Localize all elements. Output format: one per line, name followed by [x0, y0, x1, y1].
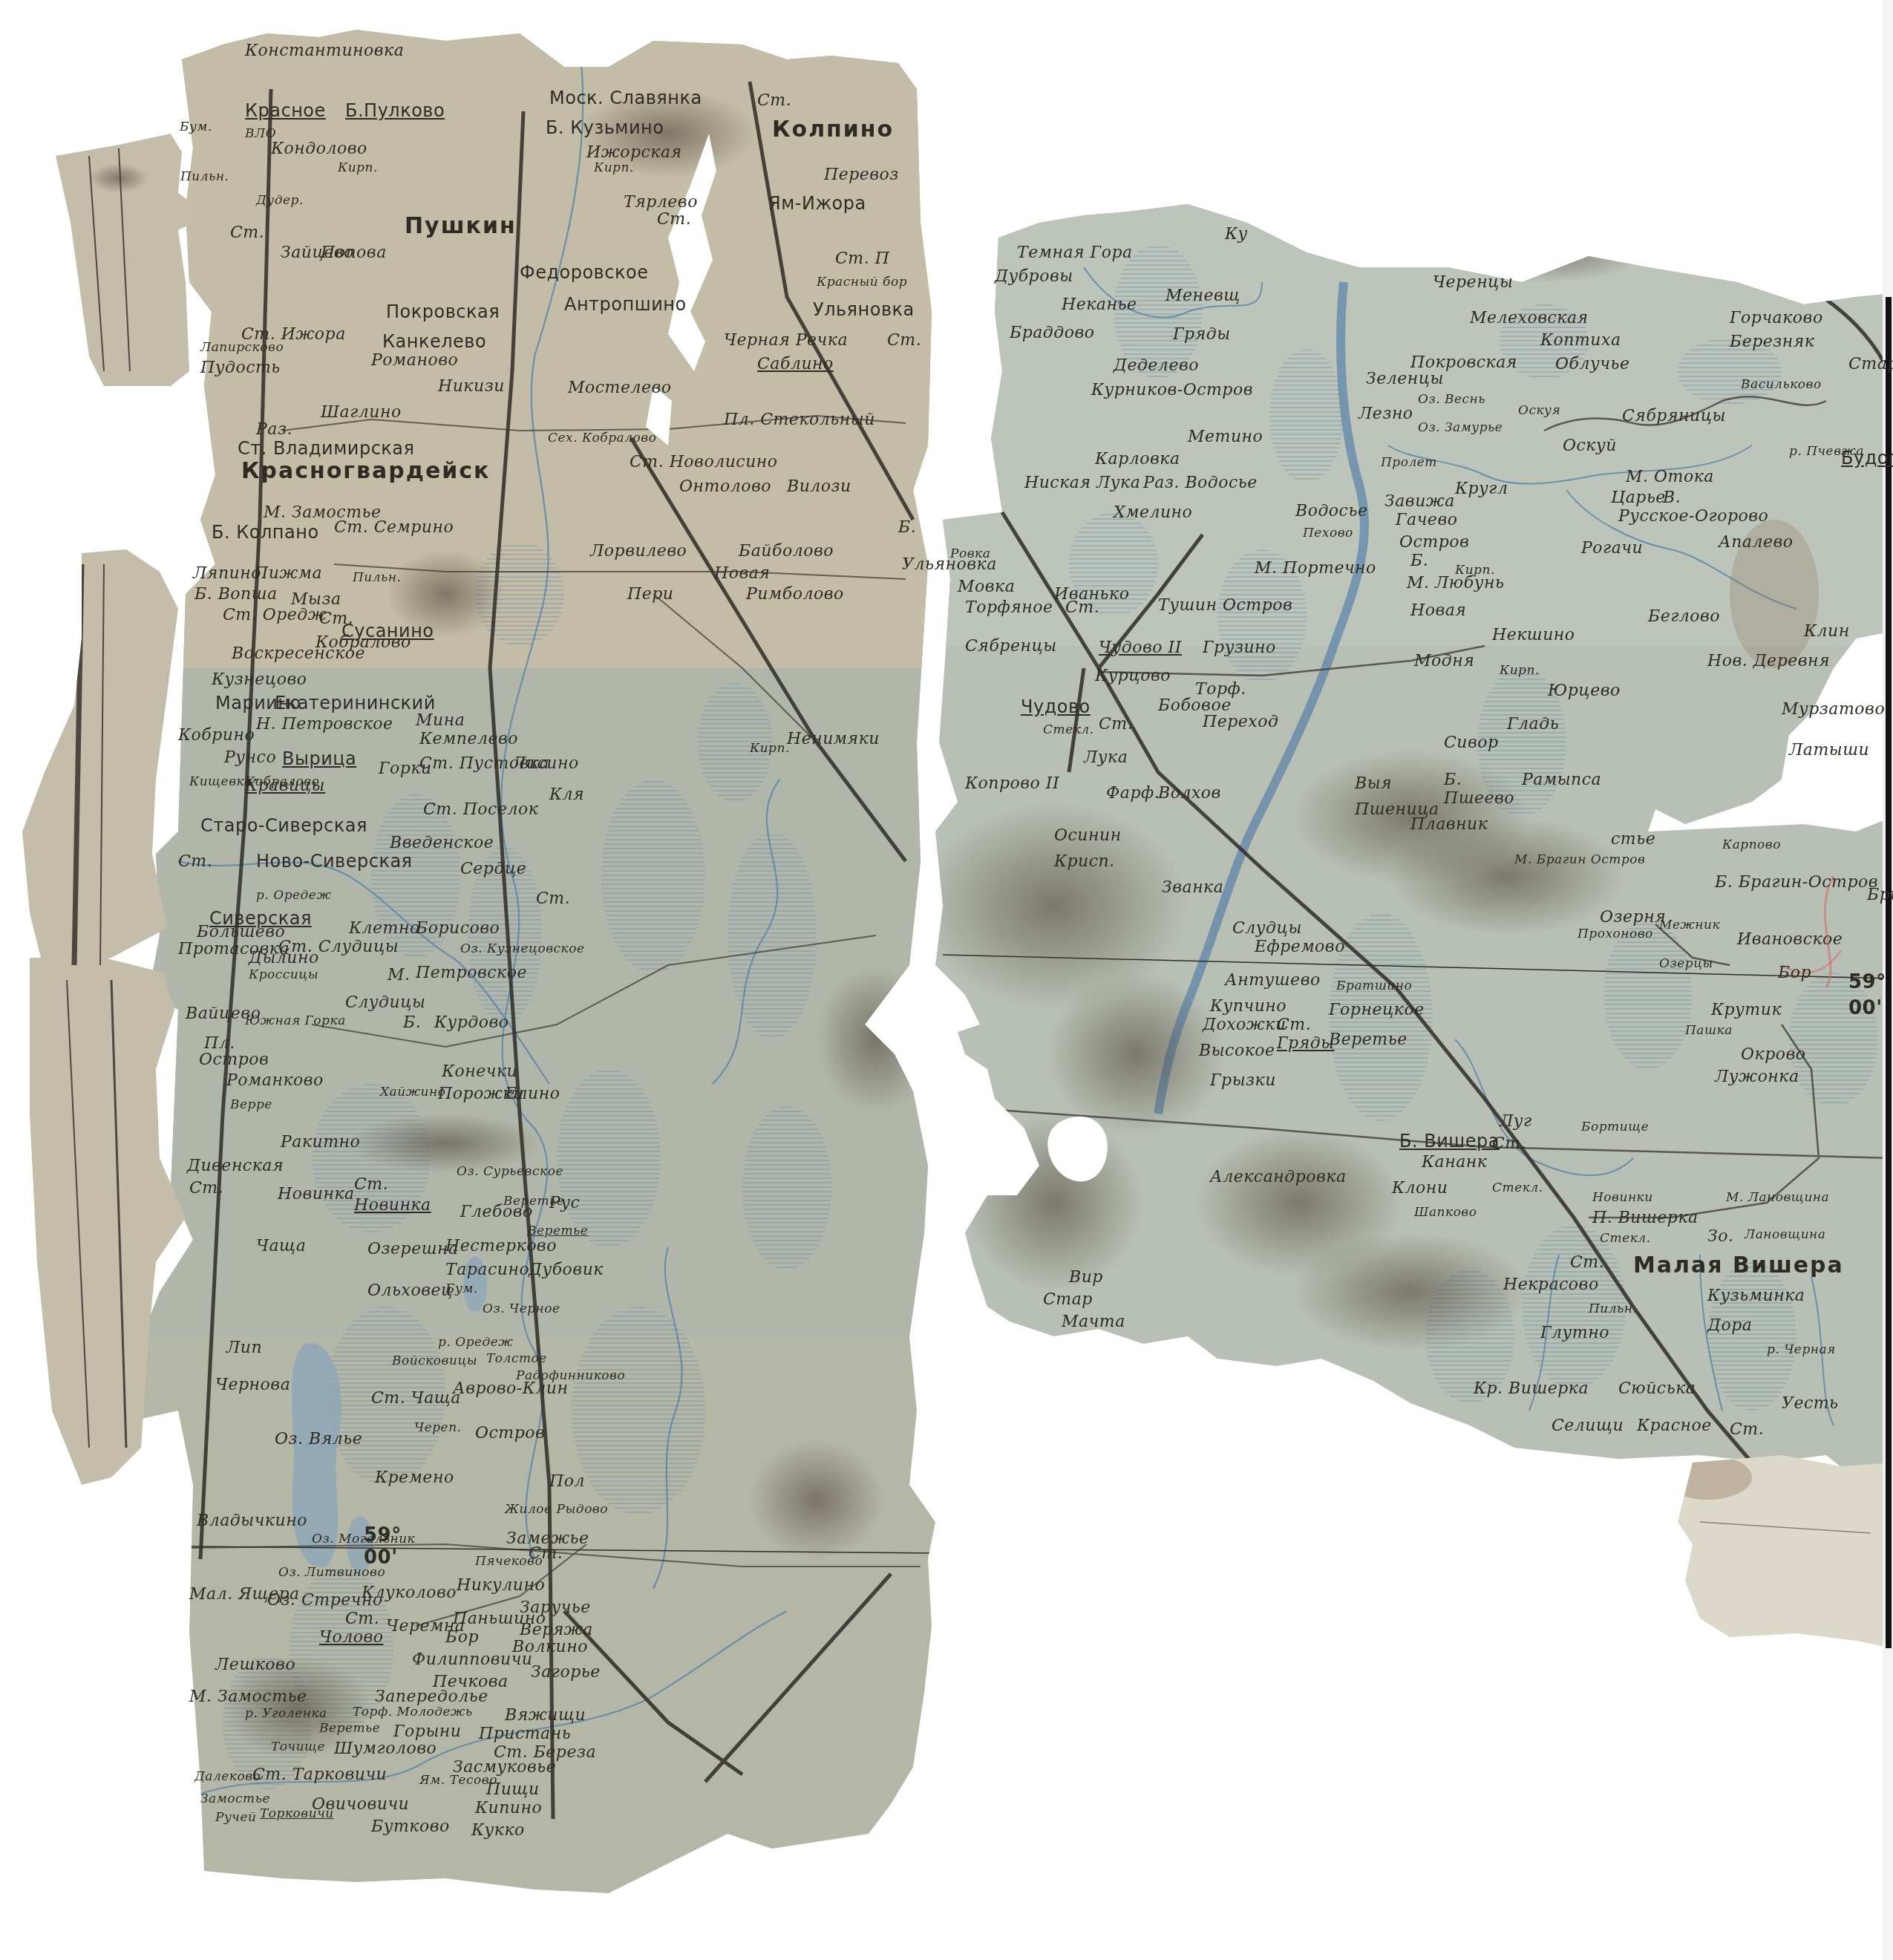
place-label: Вир — [1069, 1270, 1103, 1286]
place-label: Ст. — [230, 225, 264, 241]
blank-paper-flap — [1663, 1448, 1893, 1656]
place-label: Пристань — [479, 1726, 571, 1742]
place-label: Сердце — [460, 861, 526, 878]
place-label: М. Отока — [1626, 469, 1714, 486]
place-label: Ижорская — [586, 145, 682, 161]
place-label: Б. — [898, 520, 916, 536]
place-label: Пижма — [254, 566, 322, 582]
place-label: Мурзатово — [1782, 702, 1885, 718]
place-label: Кирп. — [594, 162, 634, 174]
place-label: Череп. — [414, 1422, 462, 1434]
place-label: Ст. — [657, 212, 691, 228]
place-label: Апалево — [1719, 535, 1794, 551]
place-label: Братшино — [1336, 980, 1412, 993]
place-label: Кр. Вишерка — [1474, 1381, 1589, 1397]
place-label: Б. — [1410, 553, 1428, 569]
place-label: Канкелево — [382, 333, 486, 350]
place-label: Лешково — [215, 1657, 295, 1673]
place-label: Веретье — [1329, 1032, 1408, 1048]
place-label: Сябренцы — [965, 638, 1057, 655]
place-label: Красное — [245, 102, 326, 120]
place-label: Ново-Сиверская — [256, 852, 413, 870]
place-label: Торковичи — [260, 1808, 334, 1820]
place-label: стье — [1611, 832, 1655, 848]
latitude-degree-left: 59° — [364, 1526, 402, 1545]
place-label: Лапирсково — [200, 342, 284, 354]
place-label: Зо. — [1707, 1229, 1733, 1245]
place-label: Лисино — [512, 756, 579, 772]
place-label: Остров — [1399, 535, 1469, 551]
place-label: Ст. — [354, 1177, 388, 1193]
place-label: Водосье — [1295, 503, 1367, 520]
place-label: Кищевка — [189, 776, 252, 788]
place-label: Ст. — [189, 1180, 223, 1197]
place-label: ВЛО — [245, 128, 276, 140]
place-label: Ст. Поселок — [423, 802, 538, 818]
place-label: Ольховец — [367, 1283, 453, 1299]
place-label: Вилози — [787, 479, 851, 495]
place-label: Старая — [1848, 356, 1893, 373]
place-label: М. — [388, 967, 411, 984]
place-label: Запередолье — [375, 1689, 488, 1705]
place-label: Колпино — [772, 119, 894, 141]
place-label: Оз. Черное — [483, 1303, 560, 1316]
place-label: Рунсо — [224, 750, 276, 766]
place-label: Жилое Рыдово — [505, 1503, 608, 1516]
place-label: Красное — [1637, 1418, 1712, 1434]
place-label: М. Брагин Остров — [1514, 854, 1645, 866]
place-label: Кля — [549, 787, 584, 803]
place-label: Владычкино — [197, 1513, 307, 1529]
place-label: Дохожки — [1203, 1017, 1286, 1033]
place-label: Бор — [445, 1630, 479, 1646]
place-label: Ульяновка — [813, 301, 915, 318]
place-label: Рогачи — [1581, 540, 1643, 557]
place-label: Хайжино — [380, 1086, 445, 1099]
place-label: Мостелево — [568, 380, 672, 396]
place-label: Раз. — [256, 422, 292, 438]
place-label: Бум. — [180, 121, 212, 134]
place-label: Б. — [1444, 772, 1462, 788]
place-label: Верре — [230, 1099, 272, 1111]
place-label: Торф. Молодежь — [353, 1706, 473, 1719]
place-label: Никулино — [457, 1578, 545, 1594]
place-label: Новинка — [278, 1186, 355, 1203]
place-label: Пл. — [204, 1036, 235, 1052]
place-label: Коптиха — [1540, 333, 1621, 349]
place-label: Войсковицы — [392, 1355, 477, 1368]
place-label: р. Уголенка — [245, 1708, 327, 1720]
place-label: Петровское — [416, 965, 527, 981]
place-label: Саблино — [757, 356, 834, 373]
place-label: П. Вишерка — [1592, 1210, 1699, 1226]
place-label: Кремено — [375, 1470, 454, 1486]
place-label: Гряды — [1277, 1036, 1335, 1052]
place-label: Замостье — [200, 1793, 270, 1806]
place-label: Ст. Тарковичи — [252, 1767, 387, 1783]
place-label: М. Любунь — [1407, 575, 1504, 592]
place-label: Глебово — [460, 1204, 533, 1221]
place-label: Гачево — [1396, 512, 1457, 529]
place-label: Неканье — [1062, 297, 1137, 313]
place-label: Пильн. — [1589, 1303, 1637, 1316]
place-label: Раз. Водосье — [1143, 475, 1258, 491]
place-label: Тярлево — [624, 195, 698, 211]
place-label: Ст. П — [835, 251, 889, 267]
place-label: Александровка — [1210, 1169, 1347, 1186]
place-label: Введенское — [390, 835, 494, 852]
place-label: Селищи — [1552, 1418, 1624, 1434]
place-label: М. Портечно — [1255, 561, 1376, 577]
place-label: Байболово — [739, 543, 834, 560]
place-label: Модня — [1414, 653, 1474, 670]
place-label: Б. Вишера — [1399, 1132, 1500, 1150]
place-label: Большево — [197, 924, 285, 941]
latitude-minute-left: 00' — [364, 1548, 398, 1567]
place-label: Беглово — [1648, 609, 1720, 625]
place-label: Копрово II — [965, 776, 1059, 792]
place-label: Б. Брагин-Остров — [1715, 875, 1878, 891]
place-label: Оскуя — [1518, 405, 1560, 417]
place-label: Клетно — [349, 921, 420, 937]
place-label: Красногвардейск — [241, 460, 490, 483]
place-label: Стекл. — [1043, 724, 1094, 736]
place-label: Хмелино — [1114, 505, 1192, 521]
place-label: Прохоново — [1577, 928, 1653, 941]
place-label: Кругл — [1455, 481, 1508, 497]
place-label: Грузино — [1203, 640, 1276, 656]
place-label: Плавник — [1410, 817, 1488, 833]
place-label: Некшино — [1492, 627, 1575, 644]
place-label: Кемпелево — [419, 731, 518, 748]
place-label: Чернова — [215, 1377, 290, 1394]
place-label: Окрово — [1741, 1047, 1806, 1063]
place-label: Чудово — [1021, 698, 1091, 716]
place-label: Новая — [714, 566, 770, 582]
place-label: Кроссицы — [249, 969, 318, 981]
place-label: Браддово — [1010, 325, 1095, 342]
place-label: Пролет — [1381, 457, 1437, 469]
place-label: Горнецкое — [1329, 1002, 1425, 1019]
place-label: Лезно — [1359, 406, 1413, 422]
place-label: Новинки — [1592, 1192, 1653, 1204]
place-label: Тарасино — [445, 1262, 529, 1278]
place-label: Зеленцы — [1366, 371, 1444, 388]
place-label: Карпово — [1722, 839, 1781, 852]
place-label: Осинин — [1054, 828, 1122, 844]
place-label: Кобрино — [178, 728, 255, 744]
place-label: Далеково — [194, 1771, 261, 1783]
place-label: Высокое — [1199, 1043, 1275, 1059]
place-label: Покровская — [386, 303, 500, 321]
place-label: Ст. — [1570, 1255, 1604, 1271]
place-label: Юрцево — [1548, 683, 1621, 699]
place-label: Ляпино — [193, 566, 261, 582]
place-label: Толстое — [486, 1353, 547, 1365]
place-label: Темная Гора — [1017, 245, 1133, 261]
place-label: Горчаково — [1730, 310, 1823, 327]
place-label: Лорвилево — [590, 543, 687, 560]
place-label: Оз. Сурьевское — [457, 1166, 563, 1178]
place-label: Карловка — [1095, 451, 1180, 468]
place-label: Горыни — [393, 1724, 461, 1740]
place-label: Кирп. — [338, 162, 378, 174]
place-label: Пудость — [200, 360, 281, 376]
place-label: Кипино — [475, 1800, 542, 1817]
place-label: Кузьминка — [1707, 1288, 1805, 1304]
place-label: Пильн. — [353, 572, 401, 584]
place-label: Ст. — [536, 891, 570, 907]
place-label: Антушево — [1225, 973, 1321, 989]
place-label: Красный бор — [817, 276, 907, 289]
place-label: Б.Пулково — [345, 102, 445, 120]
place-label: Латыши — [1789, 742, 1869, 759]
place-label: Остров — [199, 1052, 269, 1068]
place-label: Ст. Владимирская — [238, 440, 414, 457]
place-label: Моск. Славянка — [549, 89, 702, 107]
place-label: Лип — [226, 1340, 262, 1356]
place-label: Ефремово — [1255, 939, 1345, 955]
place-label: Остров — [475, 1425, 545, 1442]
place-label: Б. Колпано — [212, 523, 319, 541]
place-label: Старо-Сиверская — [200, 817, 367, 834]
place-label: Ст. — [345, 1611, 379, 1627]
place-label: Ст. — [1730, 1422, 1764, 1438]
place-label: Малая Вишера — [1633, 1255, 1844, 1277]
place-label: Веретье — [319, 1722, 380, 1735]
place-label: Оз. Замурье — [1418, 422, 1503, 434]
place-label: Пячеково — [475, 1555, 543, 1568]
place-label: Шапково — [1414, 1206, 1477, 1219]
place-label: Стекл. — [1600, 1232, 1651, 1245]
place-label: Дивенская — [187, 1158, 284, 1175]
place-label: Веретье — [527, 1225, 588, 1238]
place-label: Выя — [1355, 776, 1392, 792]
place-label: Пищи — [486, 1782, 540, 1798]
place-label: Слудицы — [345, 995, 425, 1011]
place-label: Конечки — [442, 1064, 517, 1080]
place-label: Фарф. — [1106, 785, 1160, 802]
place-label: Ям-Ижора — [768, 195, 866, 212]
place-label: Торфяное — [965, 600, 1053, 616]
place-label: Антропшино — [564, 295, 687, 313]
place-label: Ст. — [757, 93, 791, 109]
place-label: Римболово — [746, 587, 844, 603]
place-label: Аврово-Клин — [453, 1381, 568, 1397]
place-label: Слудцы — [1232, 921, 1302, 937]
place-label: Попова — [321, 245, 387, 261]
place-label: Вяжищи — [505, 1708, 586, 1724]
place-label: Пушкин — [405, 215, 517, 238]
place-label: Ст. — [178, 854, 212, 870]
place-label: Грызки — [1210, 1073, 1276, 1089]
place-label: Новинка — [354, 1198, 431, 1214]
place-label: Купчино — [1210, 999, 1286, 1015]
place-label: Никизи — [438, 379, 505, 395]
place-label: Борисово — [416, 921, 500, 937]
place-label: Деделево — [1114, 358, 1199, 374]
place-label: Нов. Деревня — [1707, 653, 1830, 670]
place-label: Пол — [549, 1474, 585, 1490]
place-label: М. Лановщина — [1726, 1192, 1829, 1204]
place-label: Точище — [271, 1741, 325, 1754]
place-label: Ст. Новолисино — [630, 454, 778, 471]
place-label: Курцово — [1095, 668, 1171, 685]
place-label: Межник — [1659, 919, 1720, 932]
place-label: Лука — [1084, 750, 1128, 766]
place-label: Кананк — [1422, 1154, 1487, 1171]
place-label: Вырица — [282, 750, 356, 768]
place-label: Стекл. — [1492, 1182, 1543, 1195]
place-label: Филипповичи — [412, 1652, 533, 1668]
place-label: Б. Вопша — [194, 587, 278, 603]
place-label: М. Замостье — [189, 1689, 307, 1705]
place-label: Кондолово — [271, 141, 367, 157]
place-label: Оз. Веснь — [1418, 393, 1485, 406]
place-label: Сех. Кобралово — [548, 432, 656, 445]
place-label: В. — [1663, 490, 1681, 506]
place-label: Елино — [505, 1086, 560, 1102]
place-label: Русское-Огорово — [1618, 509, 1768, 525]
place-label: Оз. Кузнецовское — [460, 943, 585, 955]
place-label: Васильково — [1741, 379, 1822, 391]
place-label: Оз. Вялье — [275, 1431, 362, 1448]
place-label: Чудово II — [1099, 640, 1182, 656]
place-label: Шумголово — [334, 1741, 437, 1757]
place-label: Бор — [1778, 965, 1811, 981]
place-label: Пильн. — [180, 171, 229, 183]
place-label: Озерня — [1600, 909, 1666, 926]
place-label: Кравицы — [245, 778, 325, 794]
place-label: Романково — [226, 1073, 324, 1089]
place-label: Кукко — [471, 1823, 525, 1839]
place-label: Романово — [371, 353, 458, 369]
place-label: Сябряницы — [1622, 408, 1726, 425]
place-label: Загорье — [531, 1665, 601, 1681]
place-label: Ст. — [1492, 1136, 1526, 1152]
place-label: Южная Горка — [245, 1015, 346, 1028]
place-label: Клуколово — [362, 1585, 457, 1601]
place-label: Некрасово — [1503, 1277, 1599, 1293]
place-label: Меневщ — [1165, 288, 1240, 304]
place-label: Ненимяки — [787, 731, 880, 748]
place-label: Волхов — [1158, 785, 1221, 802]
place-label: Оскуй — [1563, 438, 1617, 454]
place-label: Пшеево — [1444, 791, 1514, 807]
place-label: Шаглино — [321, 405, 402, 421]
place-label: Воскресенское — [232, 646, 365, 662]
place-label: Глутно — [1540, 1325, 1609, 1342]
place-label: Сивор — [1444, 735, 1499, 751]
place-label: р. Пчевжа — [1789, 445, 1864, 458]
place-label: Рамыпса — [1522, 772, 1601, 788]
place-label: р. Оредеж — [438, 1336, 513, 1349]
place-label: Мовка — [958, 579, 1015, 595]
place-label: Н. Петровское — [256, 716, 393, 733]
place-label: 59° — [1848, 973, 1886, 992]
place-label: Черная Речка — [724, 333, 848, 349]
place-label: Званка — [1162, 880, 1223, 896]
place-label: Ручей — [215, 1812, 256, 1824]
place-label: Ст. — [1065, 600, 1099, 616]
place-label: Торф. — [1195, 682, 1246, 698]
place-label: Кирп. — [1500, 664, 1540, 677]
place-label: Пехово — [1303, 527, 1353, 540]
place-label: Покровская — [1410, 355, 1517, 371]
place-label: Мина — [416, 713, 465, 729]
place-label: Перевоз — [824, 167, 899, 183]
place-label: Клин — [1804, 624, 1850, 640]
place-label: Лановщина — [1745, 1229, 1825, 1241]
place-label: Тушин Остров — [1158, 598, 1292, 614]
place-label: Чолово — [319, 1630, 384, 1646]
place-label: Царье — [1611, 490, 1666, 506]
place-label: Константиновка — [245, 43, 404, 59]
place-label: Пашка — [1685, 1025, 1733, 1037]
place-label: Дудер. — [256, 195, 304, 207]
place-label: р. Оредеж — [256, 889, 331, 902]
place-label: Ку — [1225, 226, 1248, 243]
place-label: Метино — [1188, 429, 1263, 445]
place-label: Ст. Семрино — [334, 520, 454, 536]
place-label: Ст. — [1099, 716, 1133, 733]
place-label: Ракитно — [281, 1134, 360, 1151]
place-label: Б. Кузьмино — [546, 119, 664, 137]
place-label: Курников-Остров — [1091, 382, 1253, 399]
place-label: Черенцы — [1433, 275, 1513, 291]
place-label: Онтолово — [679, 479, 771, 495]
place-label: р. Черная — [1767, 1344, 1836, 1356]
place-label: Мачта — [1062, 1314, 1125, 1330]
place-label: Лужонка — [1715, 1069, 1799, 1085]
place-label: Кирп. — [750, 742, 790, 755]
place-label: Бутково — [371, 1819, 450, 1835]
place-label: Ровка — [950, 548, 990, 561]
place-label: Березняк — [1730, 334, 1814, 350]
place-label: Пери — [627, 587, 673, 603]
place-label: Переход — [1203, 714, 1278, 731]
place-label: Мелеховская — [1470, 310, 1589, 327]
place-label: 00' — [1848, 999, 1883, 1018]
place-label: Екатерининский — [275, 694, 436, 712]
place-label: Рус — [549, 1195, 580, 1212]
place-label: Нестерково — [445, 1238, 557, 1255]
place-label: Стар — [1043, 1292, 1093, 1308]
place-label: Бум. — [445, 1283, 478, 1296]
place-label: Ст. — [887, 333, 921, 349]
place-label: Луг — [1500, 1114, 1532, 1130]
place-label: Ст. Чаща — [371, 1391, 461, 1407]
place-label: Крутик — [1711, 1002, 1782, 1019]
place-label: Крисп. — [1054, 854, 1115, 870]
place-label: Б. — [403, 1015, 421, 1031]
place-label: Дылино — [249, 950, 319, 967]
place-label: Новая — [1410, 603, 1466, 619]
place-label: Сюйська — [1618, 1381, 1696, 1397]
place-label: Гладь — [1507, 716, 1559, 733]
place-label: Бобовое — [1158, 698, 1232, 714]
place-label: Курдово — [434, 1015, 509, 1031]
place-label: Чаща — [256, 1238, 306, 1255]
place-label: Дубовик — [529, 1262, 604, 1278]
place-label: Кузнецово — [212, 672, 307, 688]
place-label: Клони — [1392, 1180, 1448, 1197]
place-label: Ст. Оредж — [223, 607, 327, 624]
place-label: Дора — [1707, 1318, 1752, 1334]
place-label: Веряжа — [520, 1622, 593, 1639]
place-label: Дубровы — [995, 269, 1073, 285]
place-label: Федоровское — [520, 264, 648, 281]
